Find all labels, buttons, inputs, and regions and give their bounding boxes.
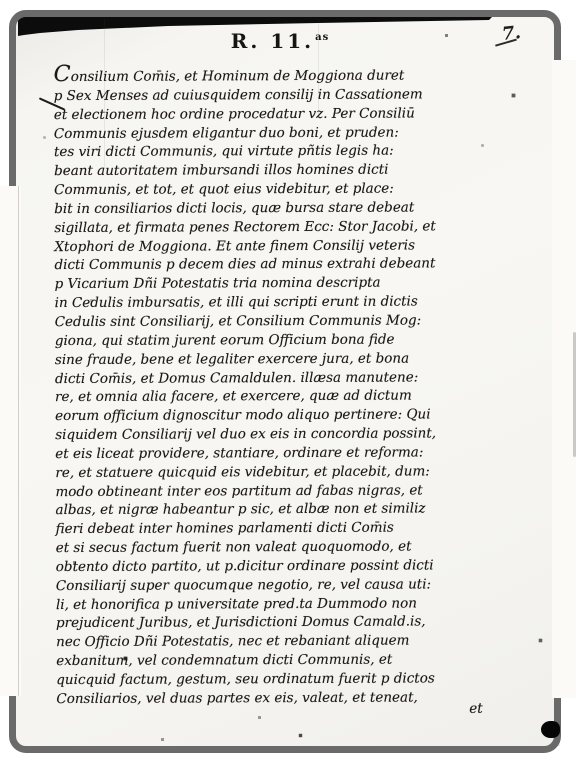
photo-frame-border xyxy=(9,10,561,753)
screenshot-root: R. 11.as 7. Consilium Com̄is, et Hominum… xyxy=(0,0,576,760)
paper-overlap-right xyxy=(552,60,576,698)
page-edge xyxy=(18,186,19,696)
ink-blob-artifact xyxy=(541,721,560,738)
